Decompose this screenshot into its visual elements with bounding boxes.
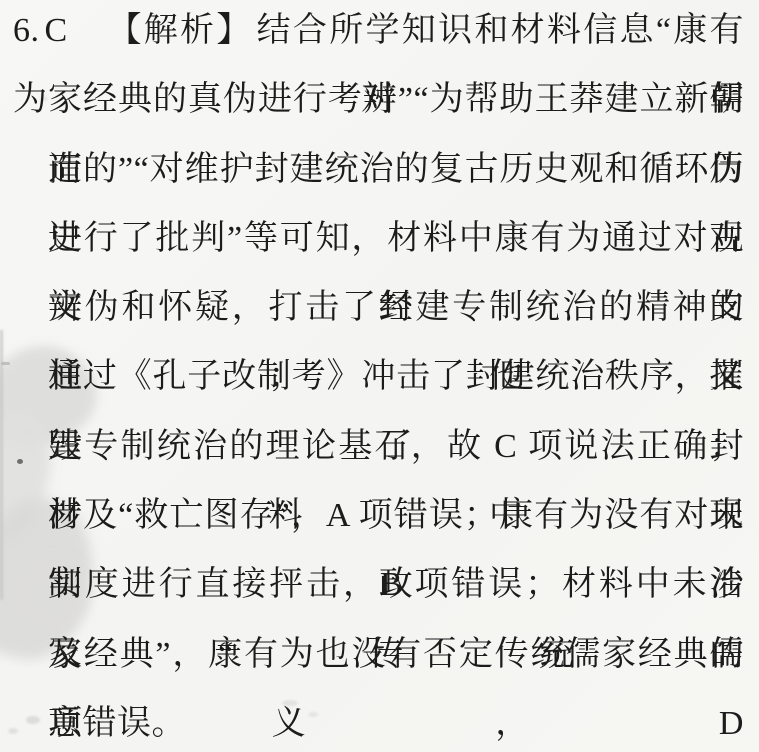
question-number: 6.: [13, 12, 40, 49]
answer-letter: C: [45, 12, 68, 49]
explanation-line: 通过《孔子改制考》冲击了封建统治秩序，摧毁了封: [0, 342, 759, 411]
analysis-label: 【解析】: [106, 12, 253, 49]
answer-explanation-block: 6.C【解析】结合所学知识和材料信息“康有为对儒 家经典的真伪进行考辨”“为帮助…: [0, 0, 759, 752]
explanation-line: 涉及“救亡图存”，A 项错误；康有为没有对现实政治: [0, 481, 759, 550]
explanation-line: 进行了批判”等可知，材料中康有为通过对古文经的: [0, 204, 759, 273]
explanation-line: 家经典的真伪进行考辨”“为帮助王莽建立新朝而伪: [0, 65, 759, 134]
explanation-line: 造的”“对维护封建统治的复古历史观和循环历史观: [0, 135, 759, 204]
explanation-line: 建专制统治的理论基石，故 C 项说法正确；材料中未: [0, 412, 759, 481]
explanation-line: 制度进行直接抨击，B 项错误；材料中未涉及“传统儒: [0, 550, 759, 619]
explanation-line: 辨伪和怀疑，打击了封建专制统治的精神支柱；他又: [0, 273, 759, 342]
explanation-line: 6.C【解析】结合所学知识和材料信息“康有为对儒: [0, 0, 759, 65]
explanation-line: 家经典”，康有为也没有否定传统儒家经典的意义，D: [0, 620, 759, 689]
